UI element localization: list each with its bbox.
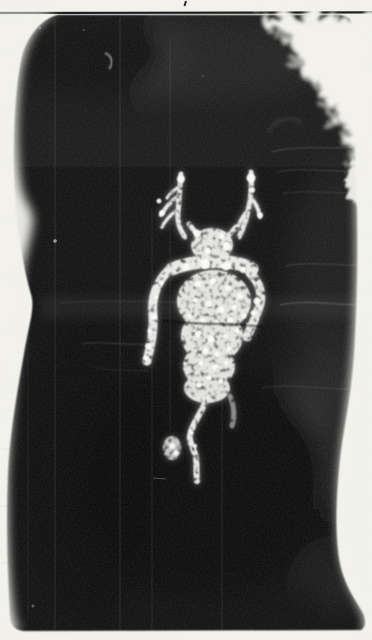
screenshot-root: Black-and-white photograph of a rock-art… [0,0,372,640]
photo-interior: antlered anthropomorph pictograph [0,10,372,634]
photograph-scan: Black-and-white photograph of a rock-art… [0,0,372,640]
photograph: photograph of pictograph panel on dark r… [0,8,372,634]
film-grain [0,12,372,634]
right-edge-blob [341,160,367,200]
